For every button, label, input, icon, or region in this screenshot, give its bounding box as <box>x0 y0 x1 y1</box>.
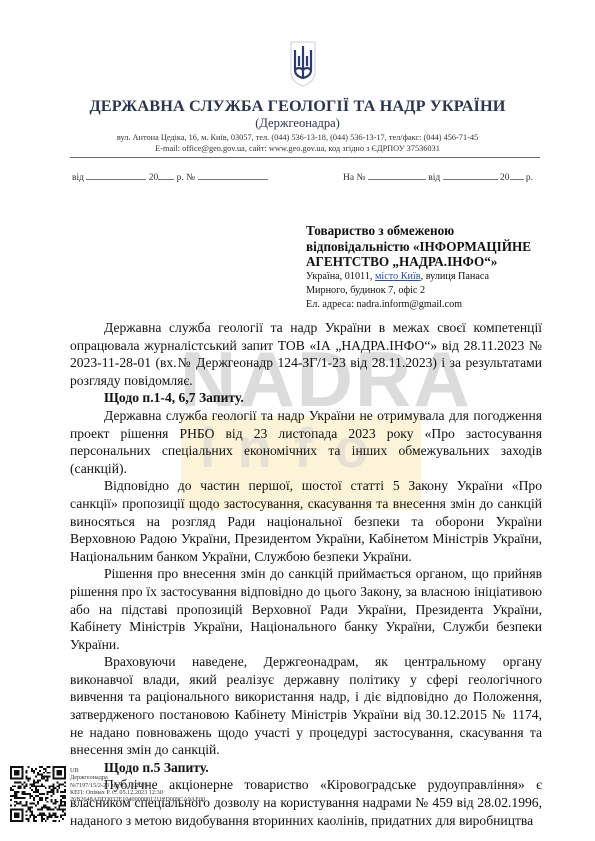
label-from: від <box>72 173 84 183</box>
address-suffix: , вулиця Панаса <box>421 271 489 282</box>
recipient-address-1: Україна, 01011, місто Київ, вулиця Панас… <box>306 270 556 284</box>
year-blank <box>158 170 174 180</box>
label-number: р. № <box>177 173 196 183</box>
recipient-name-3: АГЕНТСТВО „НАДРА.ІНФО“» <box>306 254 556 270</box>
label-reference: На № <box>343 173 366 183</box>
city-link[interactable]: місто Київ <box>375 271 421 282</box>
recipient-name-1: Товариство з обмеженою <box>306 223 556 239</box>
number-blank <box>198 170 268 180</box>
header-divider <box>70 157 540 158</box>
organization-short-name: (Держгеонадра) <box>0 116 595 131</box>
recipient-email: Ел. адреса: nadra.inform@gmail.com <box>306 298 556 312</box>
section-heading: Щодо п.1-4, 6,7 Запиту. <box>70 389 542 407</box>
incoming-reference: На № від 20 р. <box>343 170 533 183</box>
paragraph: Державна служба геології та надр України… <box>70 319 542 389</box>
label-year: 20 <box>500 173 510 183</box>
address-line: вул. Антона Цедіка, 16, м. Київ, 03057, … <box>0 133 595 144</box>
contact-line: E-mail: office@geo.gov.ua, сайт: www.geo… <box>0 144 595 155</box>
coat-of-arms-trident-icon <box>289 40 317 88</box>
stamp-line: №7197/15/2-23 від 05.12.2023 <box>70 782 205 789</box>
date-blank <box>443 170 498 180</box>
stamp-line: UB <box>70 767 205 774</box>
label-year-suffix: р. <box>526 173 533 183</box>
qr-code-icon <box>10 765 66 823</box>
paragraph: Державна служба геології та надр України… <box>70 407 542 477</box>
year-blank <box>510 170 524 180</box>
recipient-name-2: відповідальністю «ІНФОРМАЦІЙНЕ <box>306 239 556 255</box>
outgoing-registration: від 20 р. № <box>72 170 268 183</box>
ref-blank <box>368 170 426 180</box>
stamp-line: 26B2648ADD3032E10400000012112D009CA9AE00 <box>70 796 205 803</box>
organization-contacts: вул. Антона Цедіка, 16, м. Київ, 03057, … <box>0 133 595 154</box>
label-from: від <box>428 173 440 183</box>
paragraph: Рішення про внесення змін до санкцій при… <box>70 565 542 653</box>
organization-name: ДЕРЖАВНА СЛУЖБА ГЕОЛОГІЇ ТА НАДР УКРАЇНИ <box>0 96 595 116</box>
address-prefix: Україна, 01011, <box>306 271 375 282</box>
recipient-address-2: Мирного, будинок 7, офіс 2 <box>306 284 556 298</box>
stamp-line: Держгеонадра <box>70 774 205 781</box>
date-blank <box>86 170 146 180</box>
letter-body: Державна служба геології та надр України… <box>70 319 542 829</box>
e-signature-stamp: UBДержгеонадра№7197/15/2-23 від 05.12.20… <box>70 767 205 803</box>
recipient-block: Товариство з обмеженою відповідальністю … <box>306 223 556 313</box>
paragraph: Відповідно до частин першої, шостої стат… <box>70 477 542 565</box>
paragraph: Враховуючи наведене, Держгеонадрам, як ц… <box>70 653 542 759</box>
stamp-line: КЕП: Опімах Р. С. 05.12.2023 12:30 <box>70 789 205 796</box>
label-year: 20 <box>149 173 159 183</box>
